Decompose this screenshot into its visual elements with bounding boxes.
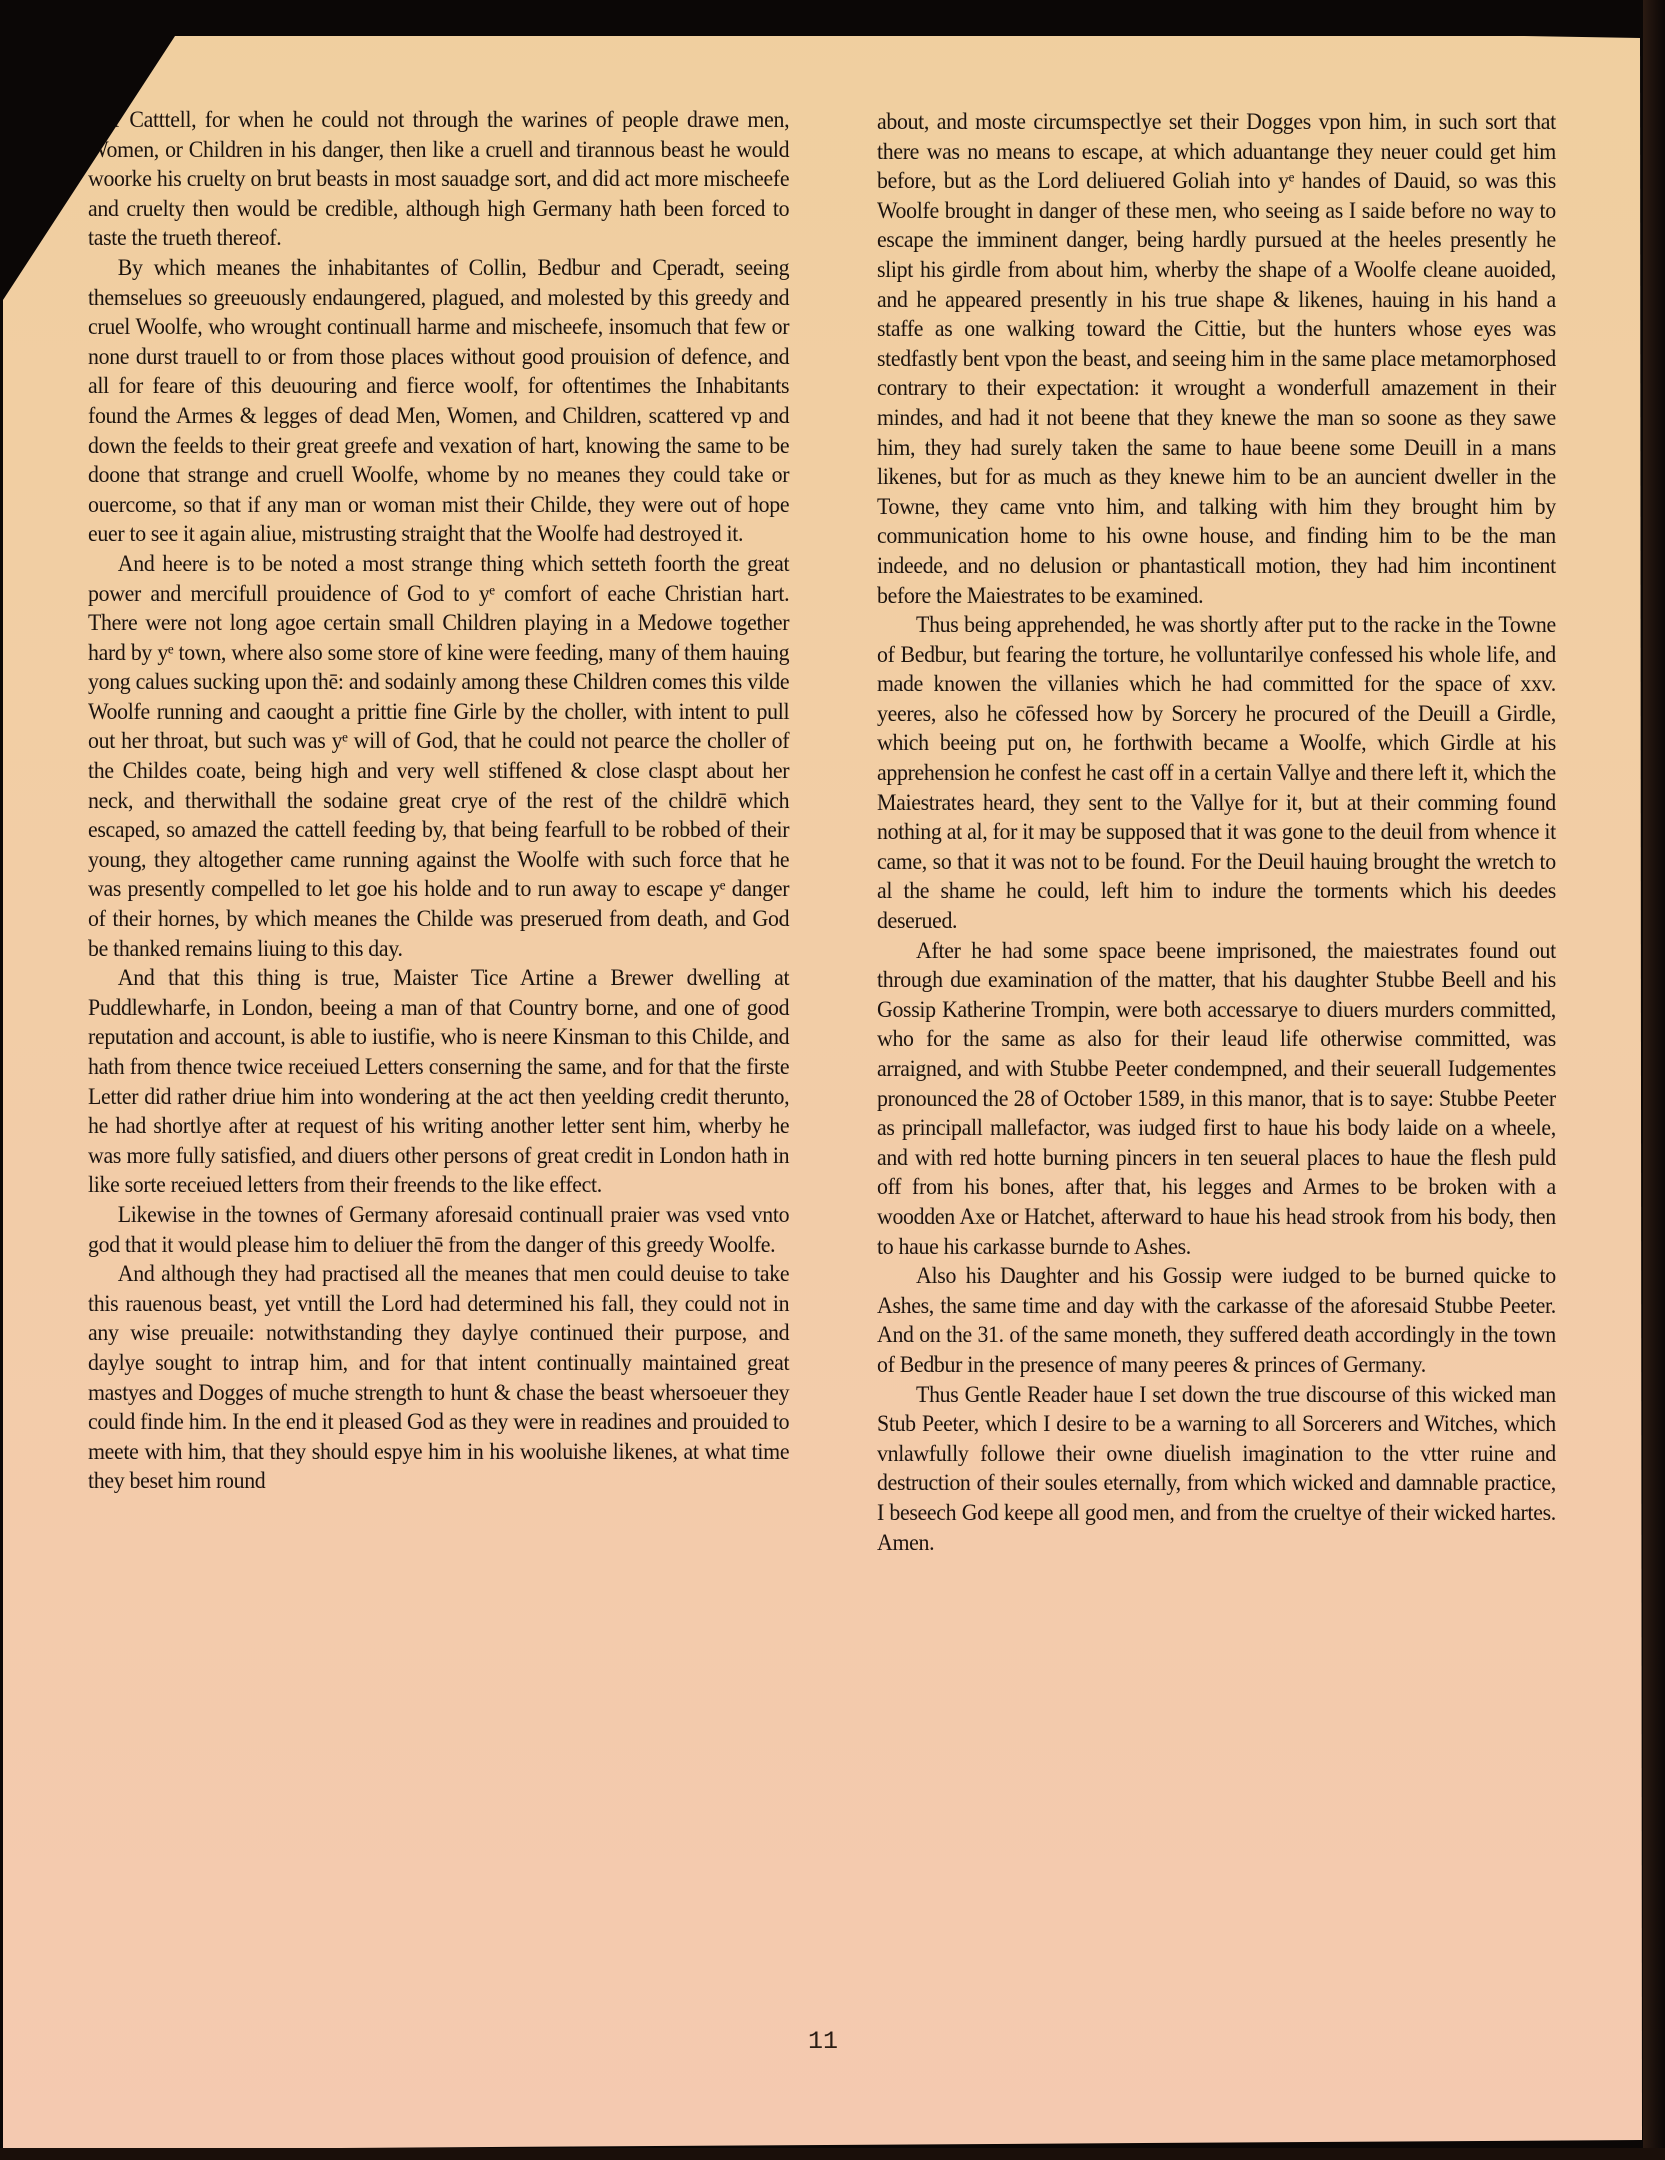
paragraph: Thus being apprehended, he was shortly a… xyxy=(877,611,1556,937)
paragraph: about, and moste circumspectlye set thei… xyxy=(877,108,1556,611)
paragraph: And heere is to be noted a most strange … xyxy=(88,550,789,964)
paragraph: Also his Daughter and his Gossip were iu… xyxy=(877,1262,1556,1380)
scan-border-bottom xyxy=(0,2148,1665,2160)
scanned-page: ther Catttell, for when he could not thr… xyxy=(0,0,1665,2160)
paragraph: By which meanes the inhabitantes of Coll… xyxy=(88,254,789,550)
page-number: 11 xyxy=(808,2027,838,2056)
right-column: about, and moste circumspectlye set thei… xyxy=(877,108,1556,1558)
paragraph: Thus Gentle Reader haue I set down the t… xyxy=(877,1381,1556,1559)
paragraph: After he had some space beene imprisoned… xyxy=(877,937,1556,1263)
scan-border-right xyxy=(1643,0,1665,2160)
paragraph: Likewise in the townes of Germany afores… xyxy=(88,1201,789,1260)
paragraph: And that this thing is true, Maister Tic… xyxy=(88,964,789,1201)
scan-border-top xyxy=(0,0,1665,36)
left-column: ther Catttell, for when he could not thr… xyxy=(88,106,789,1497)
paragraph: And although they had practised all the … xyxy=(88,1260,789,1497)
paragraph: ther Catttell, for when he could not thr… xyxy=(88,106,789,254)
